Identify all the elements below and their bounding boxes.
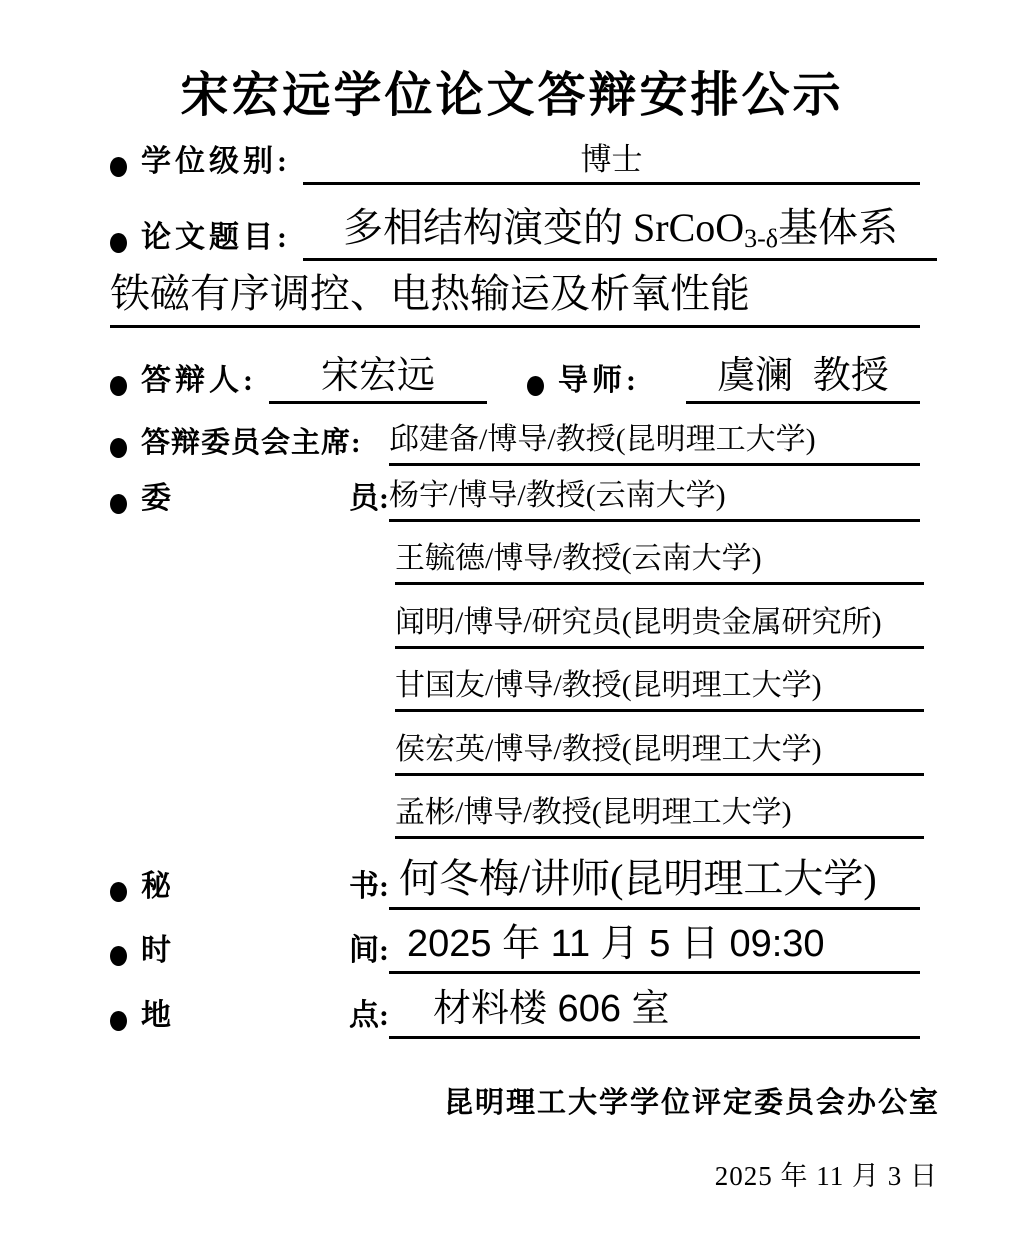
thesis-title-subscript: 3-δ bbox=[744, 224, 778, 253]
time-label: 时间: bbox=[141, 933, 389, 974]
secretary-label-last-part: 书: bbox=[349, 869, 389, 905]
time-value: 2025 年 11 月 5 日 09:30 bbox=[407, 912, 825, 967]
committee-members-label: 委员: bbox=[141, 481, 389, 522]
thesis-title-line1-prefix: 多相结构演变的 SrCoO bbox=[343, 196, 744, 253]
bullet-icon bbox=[110, 494, 127, 514]
thesis-title-label: 论文题目: bbox=[141, 220, 303, 261]
committee-chair-value: 邱建备/博导/教授(昆明理工大学) bbox=[389, 414, 816, 458]
committee-member-6: 孟彬/博导/教授(昆明理工大学) bbox=[395, 787, 924, 839]
committee-member-5: 侯宏英/博导/教授(昆明理工大学) bbox=[395, 724, 924, 776]
degree-level-row: 学位级别: 博士 bbox=[110, 134, 920, 185]
defense-announcement-document: 宋宏远学位论文答辩安排公示 学位级别: 博士 论文题目: 多相结构演变的 SrC… bbox=[0, 0, 1024, 1257]
secretary-value: 何冬梅/讲师(昆明理工大学) bbox=[399, 847, 877, 904]
bullet-icon bbox=[527, 376, 544, 396]
place-label-first-char: 地 bbox=[141, 998, 171, 1034]
committee-chair-label: 答辩委员会主席: bbox=[141, 426, 389, 466]
defender-value: 宋宏远 bbox=[321, 344, 435, 399]
place-label-last-part: 点: bbox=[349, 998, 389, 1034]
committee-member-4: 甘国友/博导/教授(昆明理工大学) bbox=[395, 660, 924, 712]
secretary-field: 何冬梅/讲师(昆明理工大学) bbox=[389, 847, 920, 910]
defender-label: 答辩人: bbox=[141, 363, 269, 404]
committee-chair-row: 答辩委员会主席: 邱建备/博导/教授(昆明理工大学) bbox=[110, 414, 920, 466]
bullet-icon bbox=[110, 438, 127, 458]
secretary-label-first-char: 秘 bbox=[141, 869, 171, 905]
degree-level-field: 博士 bbox=[303, 134, 920, 185]
thesis-title-line2: 铁磁有序调控、电热输运及析氧性能 bbox=[110, 262, 920, 328]
bullet-icon bbox=[110, 946, 127, 966]
place-label: 地点: bbox=[141, 998, 389, 1039]
secretary-row: 秘书: 何冬梅/讲师(昆明理工大学) bbox=[110, 847, 920, 910]
thesis-title-line1-suffix: 基体系 bbox=[778, 196, 898, 253]
bullet-icon bbox=[110, 157, 127, 177]
place-value: 材料楼 606 室 bbox=[433, 977, 670, 1032]
time-label-first-char: 时 bbox=[141, 933, 171, 969]
degree-level-label: 学位级别: bbox=[141, 144, 303, 185]
supervisor-label: 导师: bbox=[558, 363, 686, 404]
secretary-label: 秘书: bbox=[141, 869, 389, 910]
defender-supervisor-row: 答辩人: 宋宏远 导师: 虞澜 教授 bbox=[110, 344, 920, 404]
time-row: 时间: 2025 年 11 月 5 日 09:30 bbox=[110, 912, 920, 974]
degree-level-value: 博士 bbox=[581, 134, 643, 179]
thesis-title-row: 论文题目: 多相结构演变的 SrCoO3-δ基体系 bbox=[110, 196, 937, 261]
bullet-icon bbox=[110, 376, 127, 396]
committee-member-field: 杨宇/博导/教授(云南大学) bbox=[389, 470, 920, 522]
supervisor-value: 虞澜 教授 bbox=[717, 344, 889, 399]
issuing-office: 昆明理工大学学位评定委员会办公室 bbox=[444, 1080, 940, 1121]
committee-members-row: 委员: 杨宇/博导/教授(云南大学) bbox=[110, 470, 920, 522]
thesis-title-field: 多相结构演变的 SrCoO3-δ基体系 bbox=[303, 196, 937, 261]
bullet-icon bbox=[110, 882, 127, 902]
supervisor-field: 虞澜 教授 bbox=[686, 344, 920, 404]
bullet-icon bbox=[110, 1011, 127, 1031]
place-field: 材料楼 606 室 bbox=[389, 977, 920, 1039]
page-title: 宋宏远学位论文答辩安排公示 bbox=[0, 56, 1024, 125]
bullet-icon bbox=[110, 233, 127, 253]
place-row: 地点: 材料楼 606 室 bbox=[110, 977, 920, 1039]
committee-member-2: 王毓德/博导/教授(云南大学) bbox=[395, 533, 924, 585]
committee-chair-field: 邱建备/博导/教授(昆明理工大学) bbox=[389, 414, 920, 466]
issue-date: 2025 年 11 月 3 日 bbox=[715, 1154, 938, 1193]
committee-label-first-char: 委 bbox=[141, 481, 171, 517]
defender-field: 宋宏远 bbox=[269, 344, 487, 404]
time-field: 2025 年 11 月 5 日 09:30 bbox=[389, 912, 920, 974]
committee-member-3: 闻明/博导/研究员(昆明贵金属研究所) bbox=[395, 597, 924, 649]
committee-member-1: 杨宇/博导/教授(云南大学) bbox=[389, 470, 726, 514]
time-label-last-part: 间: bbox=[349, 933, 389, 969]
committee-label-last-part: 员: bbox=[349, 481, 389, 517]
